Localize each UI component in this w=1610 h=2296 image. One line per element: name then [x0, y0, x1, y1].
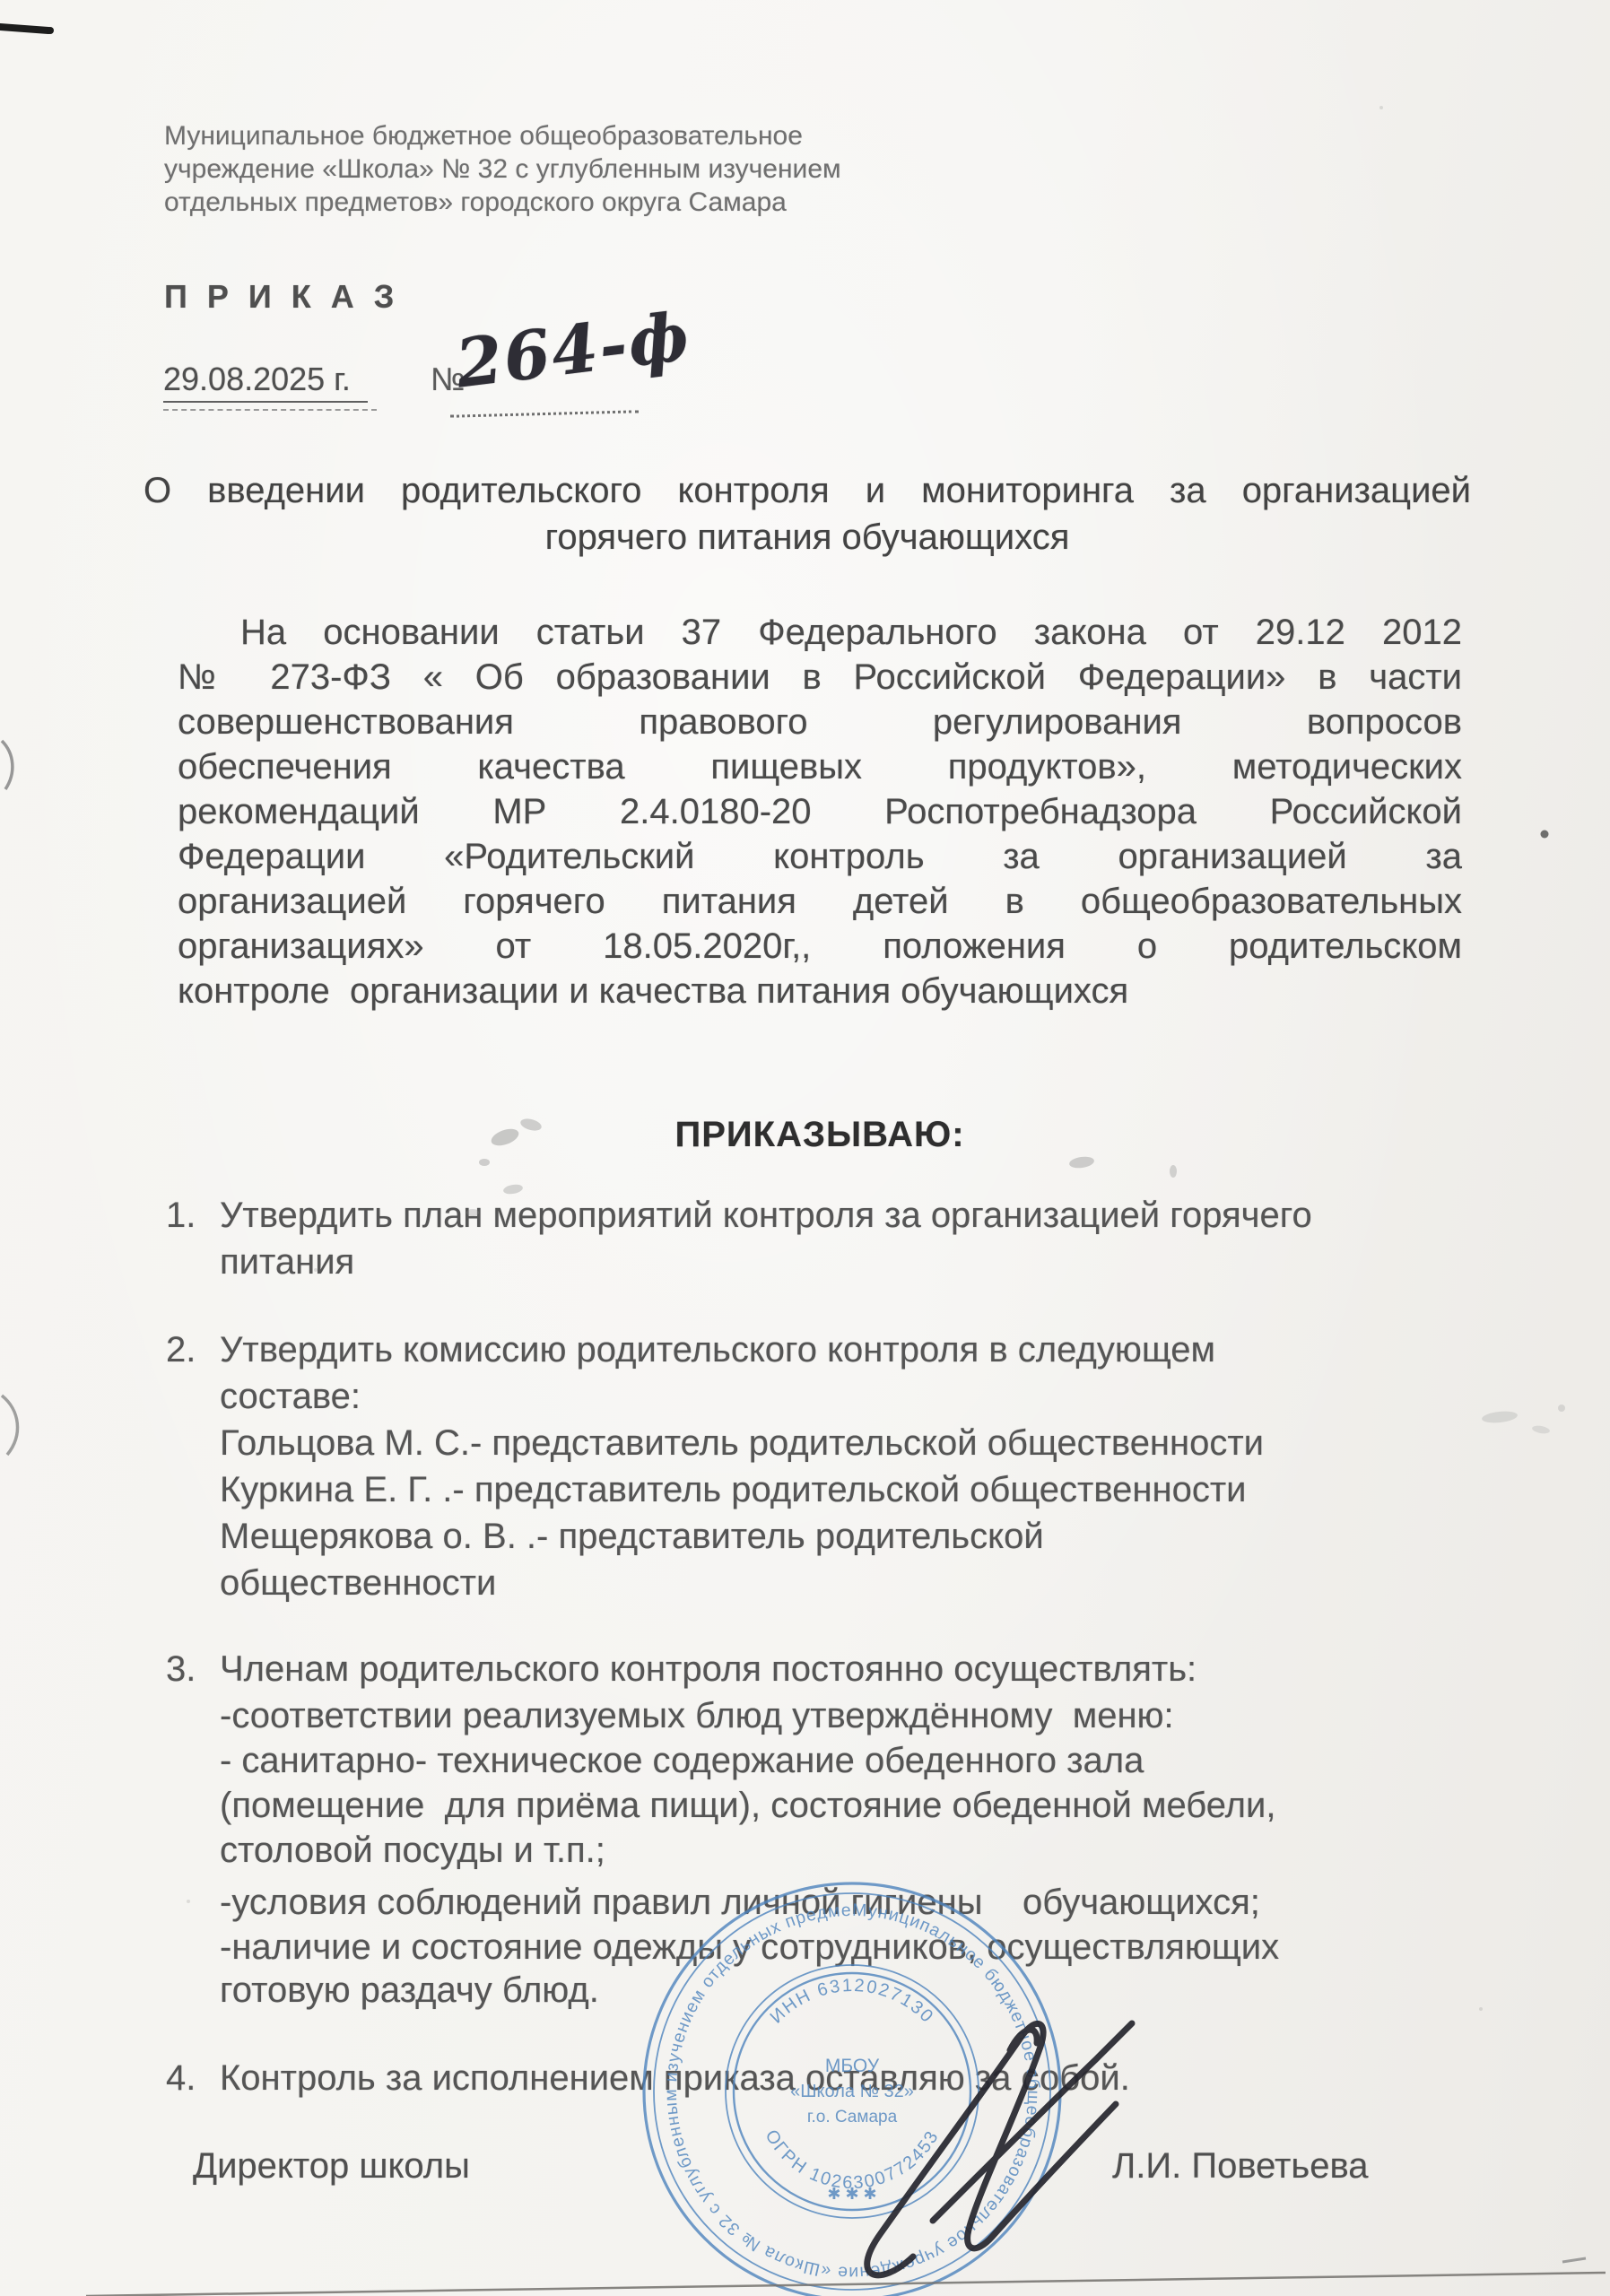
list-item-line: - санитарно- техническое содержание обед… — [220, 1738, 1144, 1783]
list-item-line: -условия соблюдений правил личной гигиен… — [220, 1880, 1260, 1925]
title-line-1: О введении родительского контроля и мони… — [144, 468, 1471, 513]
list-item-line: Утвердить комиссию родительского контрол… — [220, 1327, 1215, 1372]
list-item-line: -соответствии реализуемых блюд утверждён… — [220, 1693, 1174, 1738]
preamble-line: обеспечения качества пищевых продуктов»,… — [178, 744, 1462, 789]
order-date: 29.08.2025 г. — [163, 357, 351, 402]
order-label: П Р И К А З — [164, 274, 399, 319]
stamp-center-line-3: г.о. Самара — [807, 2108, 898, 2126]
list-item-line: -наличие и состояние одежды у сотруднико… — [220, 1925, 1279, 1970]
list-item-line: составе: — [220, 1374, 361, 1419]
signoff-name: Л.И. Поветьева — [1112, 2144, 1369, 2188]
list-item-line: Членам родительского контроля постоянно … — [220, 1647, 1197, 1692]
preamble-line: организациях» от 18.05.2020г,, положения… — [178, 924, 1462, 969]
list-item-line: столовой посуды и т.п.; — [220, 1828, 605, 1873]
svg-text:ОГРН 1026300772453: ОГРН 1026300772453 — [761, 2126, 943, 2193]
list-item-line: готовую раздачу блюд. — [220, 1968, 599, 2013]
list-item-line: питания — [220, 1239, 354, 1284]
preamble-line: № 273-ФЗ « Об образовании в Российской Ф… — [178, 655, 1462, 700]
date-underline — [163, 401, 368, 403]
item-number: 1. — [166, 1193, 196, 1238]
letterhead-line-2: учреждение «Школа» № 32 с углубленным из… — [164, 152, 841, 186]
date-underline-dashed — [163, 409, 377, 411]
stamp-stars: ✱ ✱ ✱ — [827, 2185, 876, 2203]
svg-text:ИНН 6312027130: ИНН 6312027130 — [767, 1976, 938, 2028]
letterhead-line-3: отдельных предметов» городского округа С… — [164, 186, 787, 219]
list-item-line: Мещерякова о. В. .- представитель родите… — [220, 1514, 1044, 1559]
list-item-line: (помещение для приёма пищи), состояние о… — [220, 1783, 1275, 1828]
item-number: 2. — [166, 1327, 196, 1372]
letterhead-line-1: Муниципальное бюджетное общеобразователь… — [164, 119, 803, 152]
list-item-line: Гольцова М. С.- представитель родительск… — [220, 1421, 1264, 1465]
list-item-line: общественности — [220, 1561, 496, 1605]
preamble-line: контроле организации и качества питания … — [178, 969, 1128, 1013]
number-underline — [450, 410, 639, 417]
preamble-line: рекомендаций МР 2.4.0180-20 Роспотребнад… — [178, 789, 1462, 834]
preamble-line: совершенствования правового регулировани… — [178, 700, 1462, 744]
preamble-line: организацией горячего питания детей в об… — [178, 879, 1462, 924]
signoff-role: Директор школы — [193, 2144, 470, 2188]
list-item-line: Куркина Е. Г. .- представитель родительс… — [220, 1467, 1247, 1512]
item-number: 3. — [166, 1647, 196, 1692]
item-number: 4. — [166, 2056, 196, 2100]
order-number-handwritten: 264-ф — [452, 298, 694, 403]
stamp-ogrn-text: ОГРН 1026300772453 — [761, 2126, 943, 2193]
list-item-line: Контроль за исполнением приказа оставляю… — [220, 2056, 1130, 2100]
preamble-line: На основании статьи 37 Федерального зако… — [240, 610, 1462, 655]
title-line-2: горячего питания обучающихся — [144, 515, 1471, 560]
resolution-heading: ПРИКАЗЫВАЮ: — [178, 1112, 1462, 1157]
stamp-inn-text: ИНН 6312027130 — [767, 1976, 938, 2028]
list-item-line: Утвердить план мероприятий контроля за о… — [220, 1193, 1312, 1238]
preamble-line: Федерации «Родительский контроль за орга… — [178, 834, 1462, 879]
scanned-order-page: Муниципальное бюджетное общеобразователь… — [0, 0, 1610, 2296]
